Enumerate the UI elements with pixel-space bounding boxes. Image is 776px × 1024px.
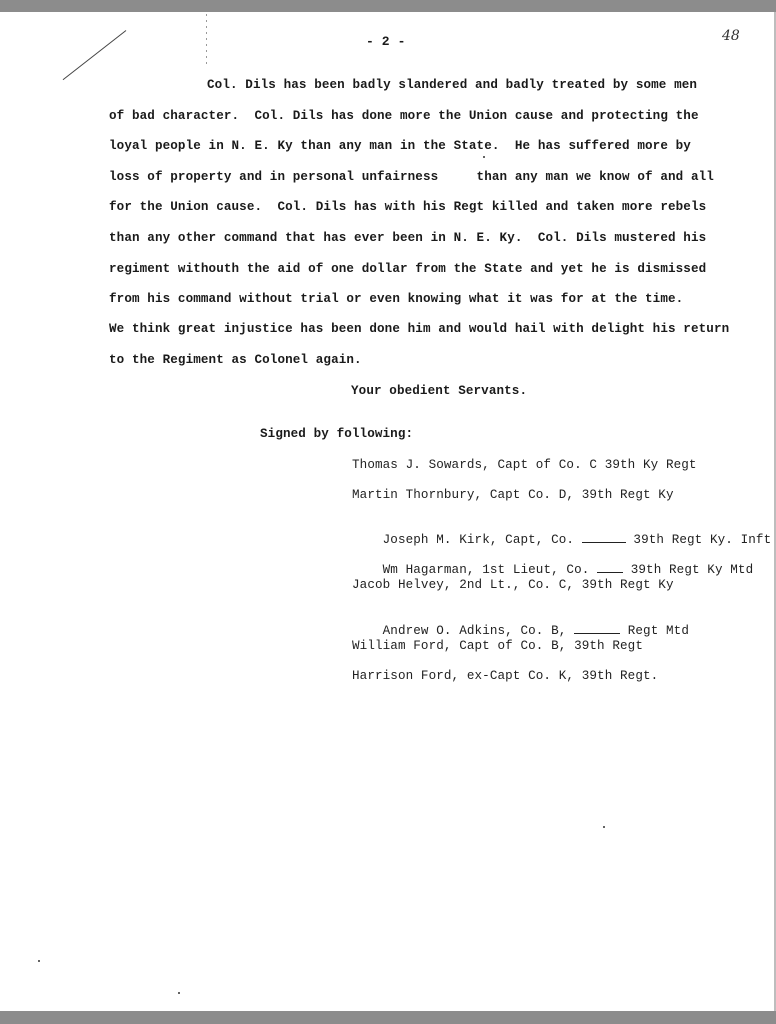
body-line: from his command without trial or even k… (109, 292, 683, 306)
signatory: Thomas J. Sowards, Capt of Co. C 39th Ky… (352, 458, 697, 472)
scan-speck (38, 960, 40, 962)
document-page: - 2 - 48 Col. Dils has been badly slande… (0, 12, 776, 1011)
signed-heading: Signed by following: (260, 427, 413, 441)
body-line: regiment withouth the aid of one dollar … (109, 262, 706, 276)
body-line: We think great injustice has been done h… (109, 322, 729, 336)
body-line: loss of property and in personal unfairn… (109, 170, 714, 184)
body-line: to the Regiment as Colonel again. (109, 353, 362, 367)
page-number: - 2 - (366, 34, 406, 49)
scan-speck (483, 156, 485, 158)
signatory: Harrison Ford, ex-Capt Co. K, 39th Regt. (352, 669, 658, 683)
body-line: Col. Dils has been badly slandered and b… (207, 78, 697, 92)
body-line: than any other command that has ever bee… (109, 231, 706, 245)
scan-artifact (206, 14, 207, 64)
signatory: William Ford, Capt of Co. B, 39th Regt (352, 639, 643, 653)
body-line: loyal people in N. E. Ky than any man in… (109, 139, 691, 153)
closing: Your obedient Servants. (351, 384, 527, 398)
scan-speck (603, 826, 605, 828)
blank-line (574, 623, 620, 634)
signatory: Martin Thornbury, Capt Co. D, 39th Regt … (352, 488, 674, 502)
blank-line (582, 532, 626, 543)
viewer-bottom-bar (0, 1011, 776, 1024)
signatory: Jacob Helvey, 2nd Lt., Co. C, 39th Regt … (352, 578, 674, 592)
viewer-top-bar (0, 0, 776, 12)
scan-speck (178, 992, 180, 994)
folio-number: 48 (722, 28, 740, 44)
body-line: of bad character. Col. Dils has done mor… (109, 109, 699, 123)
body-line: for the Union cause. Col. Dils has with … (109, 200, 706, 214)
pen-stroke-mark (63, 30, 127, 80)
blank-line (597, 562, 623, 573)
